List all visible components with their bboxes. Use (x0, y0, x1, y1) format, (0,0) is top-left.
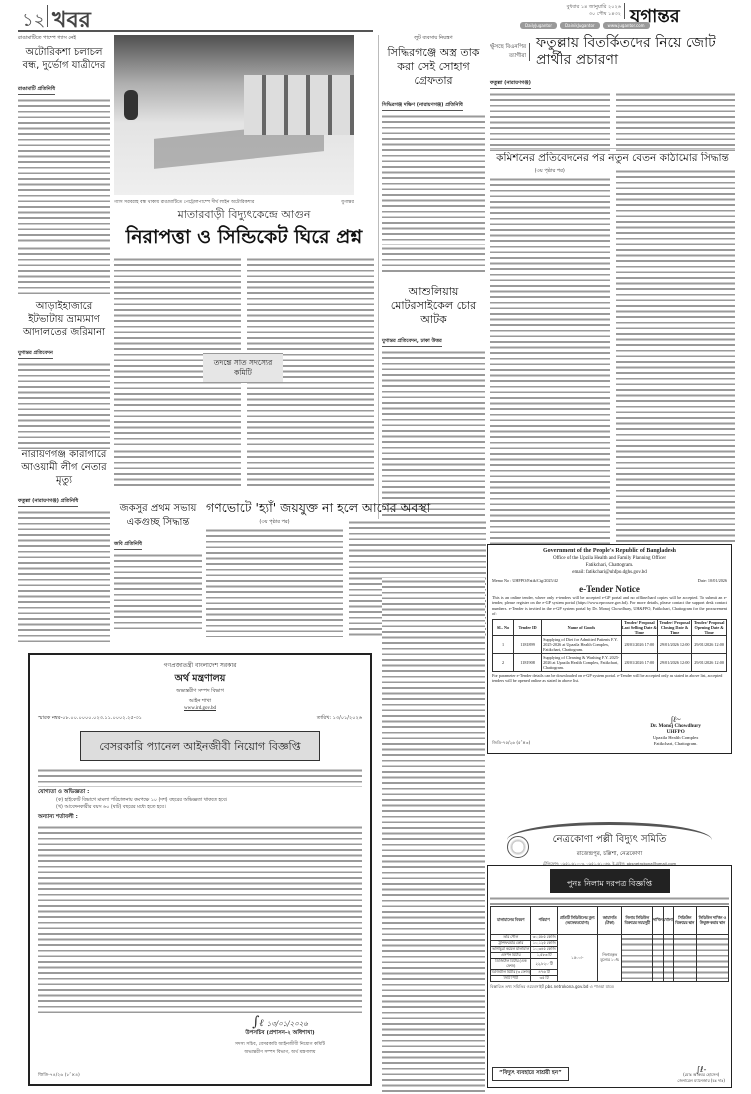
body-col1 (206, 527, 343, 637)
section-rule (490, 148, 735, 149)
qualification-1: (ক) হাইকোর্ট বিভাগে মামলা পরিচালনায় কমপ… (38, 797, 362, 804)
tender-table: SL. No Tender ID Name of Goods Tender/ P… (492, 619, 727, 672)
signer-title: জেনারেল ম্যানেজার (চঃ দাঃ) (677, 1078, 725, 1084)
article-araihazar: আড়াইহাজারে ইটভাটায় ভ্রাম্যমাণ আদালতের … (18, 300, 110, 449)
article-autorickshaw: রাঙামাটিতে পাম্পে গ্যাস নেই অটোরিকশা চলা… (18, 35, 110, 247)
signer-role: সদস্য সচিব, বেসরকারি আইনজীবী নিয়োগ কমিট… (210, 1040, 350, 1048)
article-jucsu: জকসুর প্রথম সভায় একগুচ্ছ সিদ্ধান্ত জবি … (114, 502, 202, 632)
headline: আশুলিয়ায় মোটরসাইকেল চোর আটক (382, 285, 485, 327)
cell-deposit: নিলামকৃত মূল্যের ১০% (597, 935, 622, 982)
notice-title: বেসরকারি প্যানেল আইনজীবী নিয়োগ বিজ্ঞপ্ত… (80, 731, 320, 761)
pullquote-text: তদন্তে সাত সদস্যের কমিটি (203, 358, 283, 378)
qualification-heading: যোগ্যতা ও অভিজ্ঞতা : (38, 789, 362, 797)
cell-tender-id: 1181899 (514, 635, 542, 653)
photo-caption: গ্যাস সরবরাহ বন্ধ থাকায় রাঙামাটিতে পেট্… (114, 198, 354, 206)
division-name: অভ্যন্তরীণ সম্পদ বিভাগ (38, 688, 362, 696)
byline: ফতুল্লা (নারায়ণগঞ্জ) প্রতিনিধি (18, 498, 78, 507)
article-pay-commission: কমিশনের প্রতিবেদনের পর নতুন বেতন কাঠামোর… (490, 152, 735, 546)
headline: কমিশনের প্রতিবেদনের পর নতুন বেতন কাঠামোর… (490, 152, 735, 165)
ad-finance-ministry: গণপ্রজাতন্ত্রী বাংলাদেশ সরকার অর্থ মন্ত্… (28, 653, 372, 1086)
table-header: SL. No Tender ID Name of Goods Tender/ P… (493, 619, 727, 635)
cell-qty: ২২,৮২০ টি (531, 959, 557, 970)
article-body (18, 509, 110, 644)
side-label: ক্ষুঁসছে বিএনপির ত্যাগীরা (490, 43, 530, 61)
col-submit-place: সিডিউল দাখিল ও উন্মুক্ত করার স্থান (696, 907, 728, 935)
intro-paragraph (38, 767, 362, 787)
col-deposit: জামানতি (টাকা) (597, 907, 622, 935)
cell-qty: ৩৫ টি (531, 976, 557, 982)
col-goods: Name of Goods (542, 619, 622, 635)
govt-name: গণপ্রজাতন্ত্রী বাংলাদেশ সরকার (38, 660, 362, 671)
office-email: email: fatikchari@uhfpo.dghs.gov.bd (492, 569, 727, 576)
table-header: মালামালের বিবরণ পরিমাণ প্রতিটি সিডিউলের … (491, 907, 729, 935)
article-body-col2 (616, 168, 736, 544)
byline: সিদ্ধিরগঞ্জ দক্ষিণ (নারায়ণগঞ্জ) প্রতিনি… (382, 102, 463, 111)
signer-name: (মোঃ আকবর হোসেন) (677, 1072, 725, 1078)
signer-location: Fatikchari, Chattogram. (650, 741, 701, 747)
article-body (18, 361, 110, 449)
cell-item: ডিজিটাল মিটার (এক ফেজ) (491, 959, 531, 970)
signature: ∫ℓ ১৩/০১/২০২৬ (210, 1014, 350, 1030)
office-location: Fatikchari, Chattogram. (492, 562, 727, 569)
signature-date: ১৩/০১/২০২৬ (267, 1020, 308, 1028)
conditions-heading: অন্যান্য শর্তাবলী : (38, 814, 362, 822)
auction-table: মালামালের বিবরণ পরিমাণ প্রতিটি সিডিউলের … (490, 906, 729, 982)
social-links: DailyJugantor DainikJugantor www.juganto… (520, 22, 650, 29)
byline: যুগান্তর প্রতিবেদন, ঢাকা উত্তর (382, 338, 442, 347)
slogan-text: বিদ্যুৎ ব্যবহারে সাশ্রয়ী হন (503, 1070, 558, 1076)
notice-footer: বিস্তারিত তথ্য সমিতির ওয়েবসাইট pbs.netr… (490, 984, 729, 991)
article-body-col1 (490, 176, 610, 546)
conditions-list (38, 824, 362, 1014)
table-row: 1 1181899 Supplying of Diet for Admitted… (493, 635, 727, 653)
cell-sell-place (673, 935, 696, 982)
headline: নিরাপত্তা ও সিন্ডিকেট ঘিরে প্রশ্ন (114, 225, 374, 249)
cell-qty: ১০,১২৫ কেজি (531, 941, 557, 947)
memo-number: Memo No : UHFPO/Fatik/Ctg/2025/42 (492, 578, 558, 583)
cell-selling-date: 28/01/2026 17:00 (621, 653, 657, 671)
website-link[interactable]: www.ird.gov.bd (38, 706, 362, 711)
table-row: 2 1181908 Supplying of Cleaning & Washin… (493, 653, 727, 671)
col-selling-date: Tender/ Proposal Last Selling Date & Tim… (621, 619, 657, 635)
headline: ফতুল্লায় বিতর্কিতদের নিয়ে জোট প্রার্থী… (530, 35, 735, 69)
cell-submit-place (696, 935, 728, 982)
col-qty: পরিমাণ (531, 907, 557, 935)
cell-item: সিটি পিটি (491, 976, 531, 982)
photo-credit: যুগান্তর (341, 198, 354, 206)
qualification-2: (খ) আবেদনকারীর বয়স ৬০ (ষাট) বছরের মধ্যে… (38, 804, 362, 811)
ad-etender: Government of the People's Republic of B… (487, 544, 732, 754)
cell-goods: Supplying of Diet for Admitted Patients … (542, 635, 622, 653)
byline: যুগান্তর প্রতিবেদন (18, 350, 53, 359)
headline: অটোরিকশা চলাচল বন্ধ, দুর্ভোগ যাত্রীদের (18, 46, 110, 72)
brand-divider (624, 3, 625, 19)
article-body (18, 97, 110, 247)
ad-netrokona-pbs: নেত্রকোণা পল্লী বিদ্যুৎ সমিতি রাজেন্দ্রপ… (487, 822, 732, 1088)
signature-block: ∫ℓ ১৩/০১/২০২৬ উপসচিব (প্রশাসন-২ অধিশাখা)… (210, 1014, 350, 1056)
article-body (382, 113, 485, 256)
body-col2 (247, 256, 374, 446)
matarbari-body-cont (114, 448, 374, 488)
cell-price: ১৫০০/- (557, 935, 597, 982)
cell-submit (653, 935, 664, 982)
cell-sl: 2 (493, 653, 514, 671)
date-gregorian: বুধবার ১৪ জানুয়ারি ২০২৬ (567, 4, 621, 11)
article-narayanganj-jail: নারায়ণগঞ্জ কারাগারে আওয়ামী লীগ নেতার ম… (18, 448, 110, 644)
notice-intro (490, 895, 729, 906)
signer-title: উপসচিব (প্রশাসন-২ অধিশাখা) (210, 1030, 350, 1038)
col-closing-date: Tender/ Proposal Closing Date & Time (658, 619, 692, 635)
continued-note: (৩য় পৃষ্ঠার পর) (490, 168, 610, 176)
cell-opening-date: 29/01/2026 12:00 (692, 635, 727, 653)
cell-selling-date: 28/01/2026 17:00 (621, 635, 657, 653)
col-submit: দাখিল (653, 907, 664, 935)
cell-open (663, 935, 673, 982)
body-col1 (114, 256, 241, 446)
notice-body: This is an online tender, where only e-t… (492, 595, 727, 617)
body-col2 (247, 448, 374, 488)
office-name: Office of the Upzila Health and Family P… (492, 555, 727, 562)
article-fatullah: ক্ষুঁসছে বিএনপির ত্যাগীরা ফতুল্লায় বিতর… (490, 35, 735, 151)
pullquote: তদন্তে সাত সদস্যের কমিটি (203, 353, 283, 383)
article-body (114, 552, 202, 632)
signature-block: ∫ℓ- (মোঃ আকবর হোসেন) জেনারেল ম্যানেজার (… (677, 1067, 725, 1084)
cell-qty: ৩০,৫৮৫ কেজি (531, 935, 557, 941)
cell-goods: Supplying of Cleaning & Washing F.Y. 202… (542, 653, 622, 671)
cell-item: ভাঙ্গাচুরা কয়েল মালামাল (491, 947, 531, 953)
cell-closing-date: 29/01/2026 12:00 (658, 635, 692, 653)
referendum-body-col3 (382, 578, 485, 1093)
byline: রাঙামাটি প্রতিনিধি (18, 86, 55, 95)
article-body-col2 (616, 91, 736, 151)
signature-block: ∫ℓ~ Dr. Monoj Chowdhury UHFPO Upazila He… (650, 717, 701, 747)
cell-tender-id: 1181908 (514, 653, 542, 671)
website-link[interactable]: www.jugantor.com (603, 22, 650, 29)
autorickshaw-body-cont (18, 245, 110, 295)
notice-title: পুনঃ নিলাম দরপত্র বিজ্ঞপ্তি (550, 869, 670, 893)
continued-note: (৩য় পৃষ্ঠার পর) (206, 519, 343, 527)
notice-title: e-Tender Notice (492, 584, 727, 594)
kicker: লুট ব্যবসায় নিয়ন্ত্রণ (382, 35, 485, 43)
body-col1 (114, 448, 241, 488)
notice-title-text: বেসরকারি প্যানেল আইনজীবী নিয়োগ বিজ্ঞপ্ত… (99, 740, 300, 753)
ad-ref: জিডি-৭৪/২৬ (৮″×৪) (38, 1071, 80, 1079)
notice-title-text: পুনঃ নিলাম দরপত্র বিজ্ঞপ্তি (567, 879, 652, 888)
memo-number: স্মারক নম্বর-০৮.০০.০০০০.০২৩.১১.০০০২.২৫-৩… (38, 715, 142, 723)
col-open: খোলা (663, 907, 673, 935)
masthead-divider (47, 5, 48, 27)
byline: ফতুল্লা (নারায়ণগঞ্জ) (490, 80, 531, 89)
cell-closing-date: 29/01/2026 12:00 (658, 653, 692, 671)
memo-date: তারিখ: ১৩/০১/২০২৬ (317, 715, 362, 723)
slogan: “বিদ্যুৎ ব্যবহারে সাশ্রয়ী হন” (492, 1067, 569, 1081)
masthead-rule (18, 30, 373, 32)
ministry-name: অর্থ মন্ত্রণালয় (38, 672, 362, 687)
headline: সিদ্ধিরগঞ্জে অস্ত্র তাক করা সেই সোহাগ গ্… (382, 46, 485, 88)
col-tender-id: Tender ID (514, 619, 542, 635)
headline: জকসুর প্রথম সভায় একগুচ্ছ সিদ্ধান্ত (114, 502, 202, 530)
wing-name: আইন শাখা (38, 698, 362, 706)
cell-item: ডিজিটাল মিটার (৩ ফেজ) (491, 970, 531, 976)
govt-name: Government of the People's Republic of B… (492, 548, 727, 555)
facebook-link-2[interactable]: DainikJugantor (560, 22, 600, 29)
cell-qty: ১০,৩৪৫ কেজি (531, 947, 557, 953)
article-siddhirganj: লুট ব্যবসায় নিয়ন্ত্রণ সিদ্ধিরগঞ্জে অস্… (382, 35, 485, 256)
ad-ref: জিডি-৭৫/২৬ (৫″×৩) (492, 740, 530, 747)
date-bangla: ৩০ পৌষ ১৪৩২ (567, 11, 621, 18)
caption-text: গ্যাস সরবরাহ বন্ধ থাকায় রাঙামাটিতে পেট্… (114, 198, 254, 206)
facebook-link[interactable]: DailyJugantor (520, 22, 557, 29)
autorickshaw-photo (114, 35, 354, 195)
cell-schedule (622, 935, 653, 982)
col-item: মালামালের বিবরণ (491, 907, 531, 935)
col-sl: SL. No (493, 619, 514, 635)
kicker: রাঙামাটিতে পাম্পে গ্যাস নেই (18, 35, 110, 43)
date-block: বুধবার ১৪ জানুয়ারি ২০২৬ ৩০ পৌষ ১৪৩২ (567, 4, 621, 18)
kicker: মাতারবাড়ী বিদ্যুৎকেন্দ্রে আগুন (114, 206, 374, 225)
byline: জবি প্রতিনিধি (114, 541, 142, 550)
matarbari-body (114, 256, 374, 446)
page-number: ১২ (22, 6, 45, 37)
pbs-logo (507, 836, 529, 858)
siddhirganj-body-cont (382, 245, 485, 275)
col-schedule: নিলাম সিডিউল বিক্রয়ের সময়সূচী (622, 907, 653, 935)
col-opening-date: Tender/ Proposal Opening Date & Time (692, 619, 727, 635)
col-sell-place: সিডিউল বিক্রয়ের স্থান (673, 907, 696, 935)
cell-opening-date: 29/01/2026 12:00 (692, 653, 727, 671)
article-body-col1 (490, 91, 610, 151)
masthead: ১২ খবর বুধবার ১৪ জানুয়ারি ২০২৬ ৩০ পৌষ ১… (0, 0, 751, 32)
notice-footer: For parameter e-Tender details can be do… (492, 673, 727, 684)
col-schedule-price: প্রতিটি সিডিউলের মূল্য (অফেরতযোগ্য) (557, 907, 597, 935)
memo-date: Date: 10/01/2026 (698, 578, 727, 583)
cell-sl: 1 (493, 635, 514, 653)
headline: নারায়ণগঞ্জ কারাগারে আওয়ামী লীগ নেতার ম… (18, 448, 110, 487)
headline: গণভোটে 'হ্যাঁ' জয়যুক্ত না হলে আগের অবস্… (206, 500, 486, 516)
headline: আড়াইহাজারে ইটভাটায় ভ্রাম্যমাণ আদালতের … (18, 300, 110, 339)
signer-dept: অভ্যন্তরীণ সম্পদ বিভাগ, অর্থ মন্ত্রণালয় (210, 1048, 350, 1056)
